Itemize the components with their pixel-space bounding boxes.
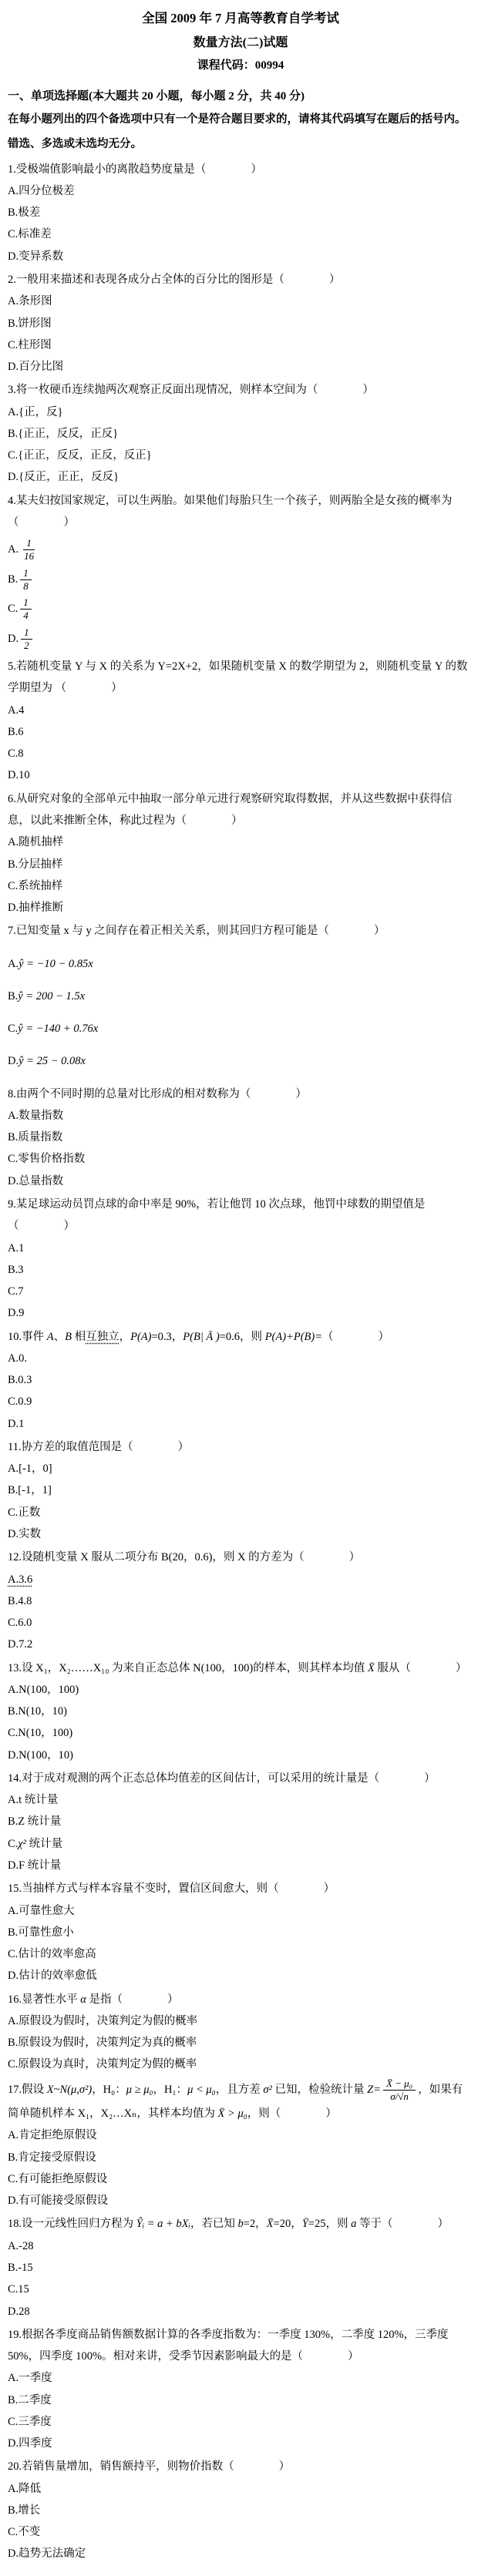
plain-text: 随机抽样 (19, 836, 63, 848)
doc-subtitle: 数量方法(二)试题 (8, 31, 473, 55)
plain-text: 不变 (18, 2526, 40, 2538)
plain-text: ，若已知 (190, 2218, 238, 2230)
fraction: 116 (21, 537, 37, 563)
fraction: 18 (20, 567, 32, 593)
question-number: 14. (8, 1772, 22, 1785)
question-stem: 8.由两个不同时期的总量对比形成的相对数称为（ ） (8, 1083, 473, 1105)
plain-text: 零售价格指数 (18, 1153, 85, 1165)
plain-text: 统计量 (26, 1838, 62, 1850)
option-label: A. (8, 1110, 19, 1122)
option-row: D.12 (8, 626, 473, 653)
fraction-denominator: 16 (21, 550, 37, 563)
option-row: D.四季度 (8, 2433, 473, 2454)
option-label: B. (8, 1595, 18, 1607)
question: 17.假设 X~N(μ,σ²)，H₀：μ ≥ μ₀，H₁：μ < μ₀，且方差 … (8, 2077, 473, 2212)
plain-text: 四分位极差 (19, 185, 75, 197)
question: 5.若随机变量 Y 与 X 的关系为 Y=2X+2，如果随机变量 X 的数学期望… (8, 656, 473, 787)
option-label: B. (8, 2151, 18, 2164)
math-text: σ² (263, 2084, 272, 2096)
question: 6.从研究对象的全部单元中抽取一部分单元进行观察研究取得数据，并从这些数据中获得… (8, 788, 473, 919)
plain-text: 6.0 (18, 1617, 32, 1629)
question-number: 11. (8, 1441, 22, 1453)
fraction-denominator: σ/√n (387, 2091, 412, 2103)
question: 9.某足球运动员罚点球的命中率是 90%，若让他罚 10 次点球，他罚中球数的期… (8, 1194, 473, 1325)
question-number: 10. (8, 1331, 22, 1343)
option-row: D.9 (8, 1302, 473, 1324)
question: 4.某夫妇按国家规定，可以生两胎。如果他们每胎只生一个孩子，则两胎全是女孩的概率… (8, 490, 473, 653)
option-label: D. (8, 1307, 19, 1319)
plain-text: 抽样推断 (19, 902, 63, 914)
plain-text: 显著性水平 (22, 1993, 80, 2006)
option-row: B.分层抽样 (8, 854, 473, 875)
plain-text: t 统计量 (19, 1794, 58, 1806)
option-label: D. (8, 1970, 19, 1982)
plain-text: 若销售量增加，销售额持平，则物价指数（ ） (22, 2460, 290, 2473)
plain-text: ， (119, 1331, 131, 1343)
option-row: A.N(100，100) (8, 1679, 473, 1701)
plain-text: -28 (19, 2240, 33, 2252)
option-row: C.正数 (8, 1502, 473, 1523)
plain-text: 15 (18, 2283, 29, 2296)
option-label: D. (8, 1749, 19, 1762)
question: 8.由两个不同时期的总量对比形成的相对数称为（ ）A.数量指数B.质量指数C.零… (8, 1083, 473, 1192)
question-stem: 3.将一枚硬币连续抛两次观察正反面出现情况，则样本空间为（ ） (8, 379, 473, 401)
math-text: P(B| Ā ) (183, 1331, 219, 1343)
option-row: D.抽样推断 (8, 897, 473, 919)
option-label: C. (8, 1285, 18, 1298)
option-row: A.肯定拒绝原假设 (8, 2124, 473, 2146)
fraction-numerator: 1 (20, 596, 32, 610)
plain-text: 条形图 (19, 295, 52, 307)
plain-text: 9 (19, 1307, 24, 1319)
fraction-numerator: 1 (21, 626, 32, 640)
plain-text: =25，则 (308, 2218, 351, 2230)
question-number: 15. (8, 1882, 22, 1895)
option-label: D. (8, 361, 19, 373)
plain-text: 对于成对观测的两个正态总体均值差的区间估计，可以采用的统计量是（ ） (22, 1772, 436, 1785)
math-text: ŷ = −140 + 0.76x (18, 1023, 98, 1035)
option-row: B.3 (8, 1259, 473, 1281)
question-number: 13. (8, 1662, 22, 1674)
plain-text: 百分比图 (19, 361, 63, 373)
option-label: D. (8, 769, 19, 781)
option-label: B. (8, 726, 18, 738)
option-row: A.t 统计量 (8, 1789, 473, 1811)
option-label: D. (8, 2437, 19, 2450)
option-row: A.-28 (8, 2235, 473, 2257)
math-text: A (47, 1331, 54, 1343)
fraction: X̄ − μ₀σ/√n (383, 2077, 416, 2104)
option-label: C. (8, 2173, 18, 2185)
question-stem: 20.若销售量增加，销售额持平，则物价指数（ ） (8, 2456, 473, 2477)
question-stem: 7.已知变量 x 与 y 之间存在着正相关关系，则其回归方程可能是（ ） (8, 920, 473, 942)
option-row: C.{正正，反反，正反，反正} (8, 445, 473, 466)
option-row: D.ŷ = 25 − 0.08x (8, 1050, 473, 1072)
plain-text: -15 (18, 2262, 32, 2274)
fraction: 12 (21, 626, 32, 653)
plain-text: 10 (19, 769, 30, 781)
option-label: C. (8, 2526, 18, 2538)
option-row: A.[-1，0] (8, 1458, 473, 1479)
option-label: A. (8, 406, 19, 418)
question-number: 20. (8, 2460, 22, 2473)
option-label: C. (8, 2058, 18, 2071)
plain-text: 估计的效率愈高 (18, 1948, 96, 1960)
question: 11.协方差的取值范围是（ ）A.[-1，0]B.[-1，1]C.正数D.实数 (8, 1436, 473, 1545)
question-stem: 6.从研究对象的全部单元中抽取一部分单元进行观察研究取得数据，并从这些数据中获得… (8, 788, 473, 832)
plain-text: 3.6 (19, 1573, 32, 1586)
option-label: A. (8, 1352, 19, 1365)
option-row: D.N(100，10) (8, 1745, 473, 1766)
option-row: B.ŷ = 200 − 1.5x (8, 986, 473, 1007)
plain-text: 相 (72, 1331, 86, 1343)
plain-text: 原假设为真时，决策判定为假的概率 (18, 2058, 197, 2071)
option-row: B.[-1，1] (8, 1479, 473, 1501)
option-label: A. (8, 295, 19, 307)
question-stem: 19.根据各季度商品销售额数据计算的各季度指数为：一季度 130%，二季度 12… (8, 2324, 473, 2368)
question: 12.设随机变量 X 服从二项分布 B(20，0.6)，则 X 的方差为（ ）A… (8, 1547, 473, 1655)
plain-text: 假设 (22, 2084, 47, 2096)
option-label: B. (8, 317, 18, 330)
question-stem: 12.设随机变量 X 服从二项分布 B(20，0.6)，则 X 的方差为（ ） (8, 1547, 473, 1568)
plain-text: Z 统计量 (18, 1815, 61, 1828)
question-number: 1. (8, 163, 16, 176)
plain-text: 已知，检验统计量 (272, 2084, 367, 2096)
option-row: B.0.3 (8, 1369, 473, 1391)
option-label: D. (8, 633, 19, 645)
option-label: D. (8, 250, 19, 263)
question: 14.对于成对观测的两个正态总体均值差的区间估计，可以采用的统计量是（ ）A.t… (8, 1768, 473, 1876)
plain-text: ，H₀： (92, 2084, 126, 2096)
option-label: A. (8, 2483, 19, 2495)
math-text: X̄ (267, 2218, 274, 2230)
option-row: A.4 (8, 700, 473, 721)
plain-text: 事件 (22, 1331, 47, 1343)
question: 18.设一元线性回归方程为 Ŷᵢ = a + bXᵢ，若已知 b=2，X̄=20… (8, 2213, 473, 2322)
option-label: C. (8, 1838, 18, 1850)
option-row: A.0. (8, 1348, 473, 1369)
question-stem: 17.假设 X~N(μ,σ²)，H₀：μ ≥ μ₀，H₁：μ < μ₀，且方差 … (8, 2077, 473, 2125)
option-label: B. (8, 1374, 18, 1386)
option-label: C. (8, 1395, 18, 1408)
plain-text: 4 (19, 704, 24, 717)
question-number: 16. (8, 1993, 22, 2006)
option-label: D. (8, 902, 19, 914)
option-row: C.不变 (8, 2521, 473, 2543)
plain-text: [-1，0] (19, 1463, 52, 1475)
question-number: 18. (8, 2218, 22, 2230)
question: 2.一般用来描述和表现各成分占全体的百分比的图形是（ ）A.条形图B.饼形图C.… (8, 269, 473, 378)
option-row: B.18 (8, 567, 473, 593)
option-label: D. (8, 1859, 19, 1872)
math-text: P(A)+P(B)= (265, 1331, 322, 1343)
option-row: C.6.0 (8, 1612, 473, 1634)
plain-text: 6 (18, 726, 23, 738)
option-label: B. (8, 2394, 18, 2406)
option-row: C.有可能拒绝原假设 (8, 2168, 473, 2190)
questions-list: 1.受极端值影响最小的离散趋势度量是（ ）A.四分位极差B.极差C.标准差D.变… (8, 159, 473, 2565)
option-label: B. (8, 2504, 18, 2517)
instructions: 在每小题列出的四个备选项中只有一个是符合题目要求的，请将其代码填写在题后的括号内… (8, 108, 473, 157)
option-label: D. (8, 1055, 19, 1067)
question-number: 2. (8, 274, 16, 286)
fraction-denominator: 4 (20, 610, 32, 622)
question-stem: 1.受极端值影响最小的离散趋势度量是（ ） (8, 159, 473, 180)
plain-text: 分层抽样 (18, 858, 62, 871)
plain-text: 设 X₁，X₂……X₁₀ 为来自正态总体 N(100，100)的样本，则其样本均… (22, 1662, 368, 1674)
plain-text: 原假设为假时，决策判定为假的概率 (19, 2015, 197, 2027)
option-label: D. (8, 471, 19, 483)
option-label: D. (8, 2195, 19, 2207)
option-row: C.0.9 (8, 1391, 473, 1412)
option-row: A.一季度 (8, 2367, 473, 2389)
plain-text: 7 (18, 1285, 23, 1298)
option-row: D.1 (8, 1413, 473, 1435)
option-row: B.质量指数 (8, 1127, 473, 1148)
plain-text: 0. (19, 1352, 27, 1365)
plain-text: 一季度 (19, 2372, 52, 2384)
option-row: C.14 (8, 596, 473, 623)
option-row: D.百分比图 (8, 356, 473, 378)
option-row: B.可靠性愈小 (8, 1922, 473, 1943)
option-row: B.Z 统计量 (8, 1811, 473, 1832)
option-label: C. (8, 449, 18, 462)
plain-text: 数量指数 (19, 1110, 63, 1122)
question-number: 17. (8, 2084, 22, 2096)
option-row: D.估计的效率愈低 (8, 1965, 473, 1987)
option-row: B.极差 (8, 202, 473, 223)
option-row: A.随机抽样 (8, 831, 473, 853)
fraction-numerator: 1 (23, 537, 35, 550)
option-label: A. (8, 1463, 19, 1475)
option-row: C.柱形图 (8, 334, 473, 356)
question-number: 9. (8, 1198, 16, 1211)
plain-text: 设随机变量 X 服从二项分布 B(20，0.6)，则 X 的方差为（ ） (22, 1551, 360, 1563)
option-row: B.4.8 (8, 1590, 473, 1612)
option-row: C.ŷ = −140 + 0.76x (8, 1018, 473, 1039)
option-label: C. (8, 880, 18, 892)
option-row: C.8 (8, 743, 473, 764)
plain-text: 、 (54, 1331, 66, 1343)
plain-text: {反正，正正，反反} (19, 471, 119, 483)
option-label: A. (8, 2015, 19, 2027)
question-number: 7. (8, 925, 16, 937)
option-row: B.肯定接受原假设 (8, 2147, 473, 2168)
option-row: A.1 (8, 1238, 473, 1259)
math-text: ŷ = 200 − 1.5x (18, 990, 85, 1003)
plain-text: =0.3， (151, 1331, 183, 1343)
option-label: A. (8, 2372, 19, 2384)
plain-text: 若随机变量 Y 与 X 的关系为 Y=2X+2，如果随机变量 X 的数学期望为 … (8, 660, 467, 694)
math-text: X̄ > μ₀ (218, 2107, 247, 2120)
plain-text: 增长 (18, 2504, 40, 2517)
option-label: A. (8, 836, 19, 848)
option-label: C. (8, 228, 18, 240)
question-stem: 5.若随机变量 Y 与 X 的关系为 Y=2X+2，如果随机变量 X 的数学期望… (8, 656, 473, 700)
option-row: D.28 (8, 2301, 473, 2322)
math-text: μ ≥ μ₀ (126, 2084, 153, 2096)
plain-text: 总量指数 (19, 1175, 63, 1187)
option-row: D.趋势无法确定 (8, 2543, 473, 2564)
plain-text: N(100，10) (19, 1749, 73, 1762)
plain-text: ，H₁： (153, 2084, 188, 2096)
question-stem: 2.一般用来描述和表现各成分占全体的百分比的图形是（ ） (8, 269, 473, 291)
option-label: D. (8, 1528, 19, 1540)
math-text: μ < μ₀ (187, 2084, 216, 2096)
math-text: X~N(μ,σ²) (47, 2084, 92, 2096)
option-label: D. (8, 1175, 19, 1187)
option-row: C.三季度 (8, 2411, 473, 2433)
plain-text: {正正，反反，正反，反正} (18, 449, 151, 462)
option-row: A.四分位极差 (8, 180, 473, 202)
question: 13.设 X₁，X₂……X₁₀ 为来自正态总体 N(100，100)的样本，则其… (8, 1657, 473, 1766)
option-row: A.3.6 (8, 1569, 473, 1590)
plain-text: N(100，100) (19, 1684, 79, 1696)
doc-title: 全国 2009 年 7 月高等教育自学考试 (8, 6, 473, 31)
question-number: 5. (8, 660, 16, 673)
plain-text: 8 (18, 747, 23, 760)
option-row: A.116 (8, 537, 473, 563)
option-label: A. (8, 2240, 19, 2252)
question-number: 4. (8, 495, 16, 507)
math-text: P(A) (130, 1331, 151, 1343)
option-label: D. (8, 2306, 19, 2318)
math-text: B (65, 1331, 72, 1343)
option-row: C.χ² 统计量 (8, 1833, 473, 1855)
plain-text: 极差 (18, 207, 40, 219)
plain-text: 一般用来描述和表现各成分占全体的百分比的图形是（ ） (16, 274, 341, 286)
plain-text: 某足球运动员罚点球的命中率是 90%，若让他罚 10 次点球，他罚中球数的期望值… (8, 1198, 425, 1232)
option-row: C.估计的效率愈高 (8, 1943, 473, 1965)
option-label: C. (8, 339, 18, 351)
question: 3.将一枚硬币连续抛两次观察正反面出现情况，则样本空间为（ ）A.{正，反}B.… (8, 379, 473, 488)
plain-text: 二季度 (18, 2394, 52, 2406)
math-text: ŷ = −10 − 0.85x (19, 958, 93, 970)
option-row: C.零售价格指数 (8, 1148, 473, 1170)
plain-text: 变异系数 (19, 250, 63, 263)
option-label: A. (8, 1905, 19, 1917)
plain-text: 降低 (19, 2483, 41, 2495)
option-row: B.饼形图 (8, 313, 473, 334)
option-label: B. (8, 990, 18, 1003)
plain-text: 将一枚硬币连续抛两次观察正反面出现情况，则样本空间为（ ） (16, 384, 374, 396)
question: 20.若销售量增加，销售额持平，则物价指数（ ）A.降低B.增长C.不变D.趋势… (8, 2456, 473, 2564)
option-row: D.7.2 (8, 1634, 473, 1655)
option-label: C. (8, 603, 18, 615)
question-number: 6. (8, 793, 16, 805)
option-row: D.实数 (8, 1523, 473, 1545)
option-label: A. (8, 543, 19, 556)
option-label: A. (8, 704, 19, 717)
option-row: B.N(10，10) (8, 1701, 473, 1722)
plain-text: 0.9 (18, 1395, 32, 1408)
option-row: D.{反正，正正，反反} (8, 466, 473, 488)
option-label: B. (8, 2037, 18, 2049)
plain-text: 互独立 (86, 1331, 119, 1343)
option-row: C.15 (8, 2279, 473, 2300)
math-text: X̄ (368, 1662, 375, 1674)
option-label: A. (8, 1794, 19, 1806)
math-text: Ȳ (302, 2218, 308, 2230)
option-label: B. (8, 1484, 18, 1496)
plain-text: 三季度 (18, 2416, 52, 2428)
plain-text: 受极端值影响最小的离散趋势度量是（ ） (16, 163, 262, 176)
question-stem: 14.对于成对观测的两个正态总体均值差的区间估计，可以采用的统计量是（ ） (8, 1768, 473, 1789)
math-text: Ŷᵢ = a + bXᵢ (136, 2218, 190, 2230)
plain-text: 4.8 (18, 1595, 32, 1607)
fraction-numerator: X̄ − μ₀ (383, 2077, 416, 2091)
option-row: B.增长 (8, 2500, 473, 2521)
plain-text: 有可能接受原假设 (19, 2195, 108, 2207)
plain-text: 3 (18, 1264, 23, 1276)
plain-text: 协方差的取值范围是（ ） (22, 1441, 190, 1453)
plain-text: 28 (19, 2306, 30, 2318)
plain-text: 有可能拒绝原假设 (18, 2173, 107, 2185)
math-text: α (80, 1993, 86, 2006)
option-row: B.6 (8, 721, 473, 743)
option-row: D.总量指数 (8, 1170, 473, 1192)
option-row: A.原假设为假时，决策判定为假的概率 (8, 2010, 473, 2032)
plain-text: 7.2 (19, 1638, 32, 1651)
plain-text: 质量指数 (18, 1131, 62, 1144)
option-row: A.数量指数 (8, 1105, 473, 1127)
option-label: C. (8, 747, 18, 760)
plain-text: ，则（ ） (247, 2107, 337, 2120)
plain-text: 当抽样方式与样本容量不变时，置信区间愈大，则（ ） (22, 1882, 335, 1895)
option-label: D. (8, 2547, 19, 2560)
option-row: C.7 (8, 1281, 473, 1302)
option-label: C. (8, 1948, 18, 1960)
plain-text: 原假设为假时，决策判定为真的概率 (18, 2037, 197, 2049)
plain-text: 某夫妇按国家规定，可以生两胎。如果他们每胎只生一个孩子，则两胎全是女孩的概率为（… (8, 495, 452, 529)
option-label: C. (8, 2283, 18, 2296)
section-heading: 一、单项选择题(本大题共 20 小题，每小题 2 分，共 40 分) (8, 86, 473, 108)
option-row: D.F 统计量 (8, 1855, 473, 1876)
option-label: B. (8, 207, 18, 219)
option-row: A.ŷ = −10 − 0.85x (8, 953, 473, 975)
option-row: C.原假设为真时，决策判定为假的概率 (8, 2054, 473, 2075)
plain-text: 由两个不同时期的总量对比形成的相对数称为（ ） (16, 1088, 307, 1100)
plain-text: =0.6，则 (220, 1331, 265, 1343)
option-label: B. (8, 2262, 18, 2274)
question-stem: 4.某夫妇按国家规定，可以生两胎。如果他们每胎只生一个孩子，则两胎全是女孩的概率… (8, 490, 473, 534)
question: 7.已知变量 x 与 y 之间存在着正相关关系，则其回归方程可能是（ ）A.ŷ … (8, 920, 473, 1072)
math-text: b (237, 2218, 243, 2230)
fraction: 14 (20, 596, 32, 623)
option-label: A. (8, 1684, 19, 1696)
math-text: ŷ = 25 − 0.08x (19, 1055, 86, 1067)
math-text: χ² (18, 1838, 26, 1850)
option-row: A.{正，反} (8, 401, 473, 423)
plain-text: 饼形图 (18, 317, 52, 330)
option-label: A. (8, 1573, 19, 1586)
plain-text: 可靠性愈大 (19, 1905, 75, 1917)
plain-text: 1 (19, 1418, 24, 1430)
option-label: A. (8, 2129, 19, 2141)
question-number: 19. (8, 2329, 22, 2341)
option-row: C.标准差 (8, 223, 473, 245)
option-row: A.可靠性愈大 (8, 1900, 473, 1922)
course-code: 课程代码：00994 (8, 55, 473, 77)
option-row: C.系统抽样 (8, 875, 473, 897)
fraction-numerator: 1 (20, 567, 32, 580)
option-label: C. (8, 1023, 18, 1035)
option-label: B. (8, 858, 18, 871)
plain-text: N(10，10) (18, 1705, 67, 1718)
question-stem: 15.当抽样方式与样本容量不变时，置信区间愈大，则（ ） (8, 1878, 473, 1899)
plain-text: {正正，反反，正反} (18, 428, 118, 440)
plain-text: 四季度 (19, 2437, 52, 2450)
